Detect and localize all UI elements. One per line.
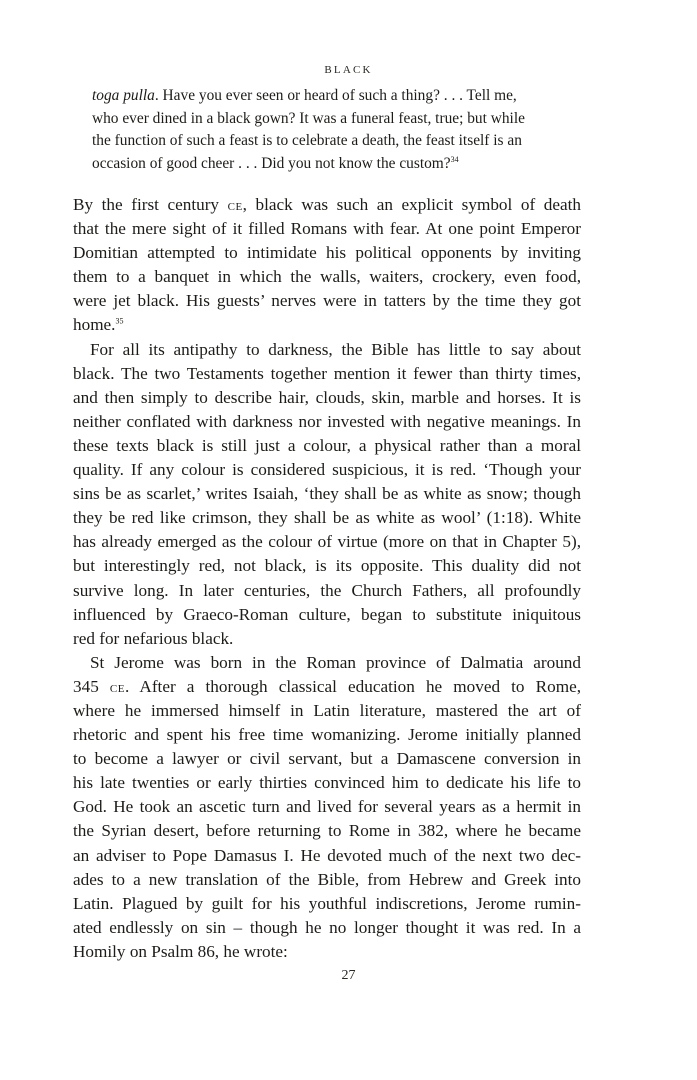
text-line: quality. If any colour is considered sus… bbox=[73, 458, 581, 482]
text-line: that the mere sight of it filled Romans … bbox=[73, 217, 581, 241]
footnote-ref: 35 bbox=[115, 317, 123, 326]
text-line: ated endlessly on sin – though he no lon… bbox=[73, 916, 581, 940]
text-line: red for nefarious black. bbox=[73, 627, 581, 651]
paragraph-bible: For all its antipathy to darkness, the B… bbox=[73, 338, 581, 651]
text-line: 345 CE. After a thorough classical educa… bbox=[73, 675, 581, 699]
body-text: By the first century CE, black was such … bbox=[73, 193, 581, 964]
text-line: rhetoric and spent his free time womaniz… bbox=[73, 723, 581, 747]
page-number: 27 bbox=[0, 968, 697, 984]
paragraph-jerome: St Jerome was born in the Roman province… bbox=[73, 651, 581, 964]
text-line: his late twenties or early thirties conv… bbox=[73, 771, 581, 795]
quote-line: the function of such a feast is to celeb… bbox=[92, 130, 566, 153]
text-line: but interestingly red, not black, is its… bbox=[73, 554, 581, 578]
text-line: these texts black is still just a colour… bbox=[73, 434, 581, 458]
text-line: them to a banquet in which the walls, wa… bbox=[73, 265, 581, 289]
text-line: Latin. Plagued by guilt for his youthful… bbox=[73, 892, 581, 916]
text-line: and then simply to describe hair, clouds… bbox=[73, 386, 581, 410]
text-line: influenced by Graeco-Roman culture, bega… bbox=[73, 603, 581, 627]
text-line: God. He took an ascetic turn and lived f… bbox=[73, 795, 581, 819]
text-line: Domitian attempted to intimidate his pol… bbox=[73, 241, 581, 265]
text-line: where he immersed himself in Latin liter… bbox=[73, 699, 581, 723]
text-line: St Jerome was born in the Roman province… bbox=[73, 651, 581, 675]
paragraph-domitian: By the first century CE, black was such … bbox=[73, 193, 581, 338]
text-line: home.35 bbox=[73, 313, 581, 337]
text-line: were jet black. His guests’ nerves were … bbox=[73, 289, 581, 313]
text-line: For all its antipathy to darkness, the B… bbox=[73, 338, 581, 362]
text-line: Homily on Psalm 86, he wrote: bbox=[73, 940, 581, 964]
block-quote: toga pulla. Have you ever seen or heard … bbox=[92, 85, 566, 176]
text-line: ades to a new translation of the Bible, … bbox=[73, 868, 581, 892]
quote-line: who ever dined in a black gown? It was a… bbox=[92, 108, 566, 131]
text-line: neither conflated with darkness nor inve… bbox=[73, 410, 581, 434]
small-caps-era: CE bbox=[228, 197, 243, 214]
text-line: survive long. In later centuries, the Ch… bbox=[73, 579, 581, 603]
text-line: they be red like crimson, they shall be … bbox=[73, 506, 581, 530]
text-line: has already emerged as the colour of vir… bbox=[73, 530, 581, 554]
quote-line: occasion of good cheer . . . Did you not… bbox=[92, 153, 566, 176]
quote-line: toga pulla. Have you ever seen or heard … bbox=[92, 85, 566, 108]
running-head: BLACK bbox=[0, 64, 697, 76]
text-line: black. The two Testaments together menti… bbox=[73, 362, 581, 386]
text-line: the Syrian desert, before returning to R… bbox=[73, 819, 581, 843]
text-line: sins be as scarlet,’ writes Isaiah, ‘the… bbox=[73, 482, 581, 506]
text-line: to become a lawyer or civil servant, but… bbox=[73, 747, 581, 771]
text-line: an adviser to Pope Damasus I. He devoted… bbox=[73, 844, 581, 868]
text-line: By the first century CE, black was such … bbox=[73, 193, 581, 217]
footnote-ref: 34 bbox=[451, 155, 459, 164]
latin-term: toga pulla bbox=[92, 87, 155, 104]
small-caps-era: CE bbox=[110, 679, 125, 696]
